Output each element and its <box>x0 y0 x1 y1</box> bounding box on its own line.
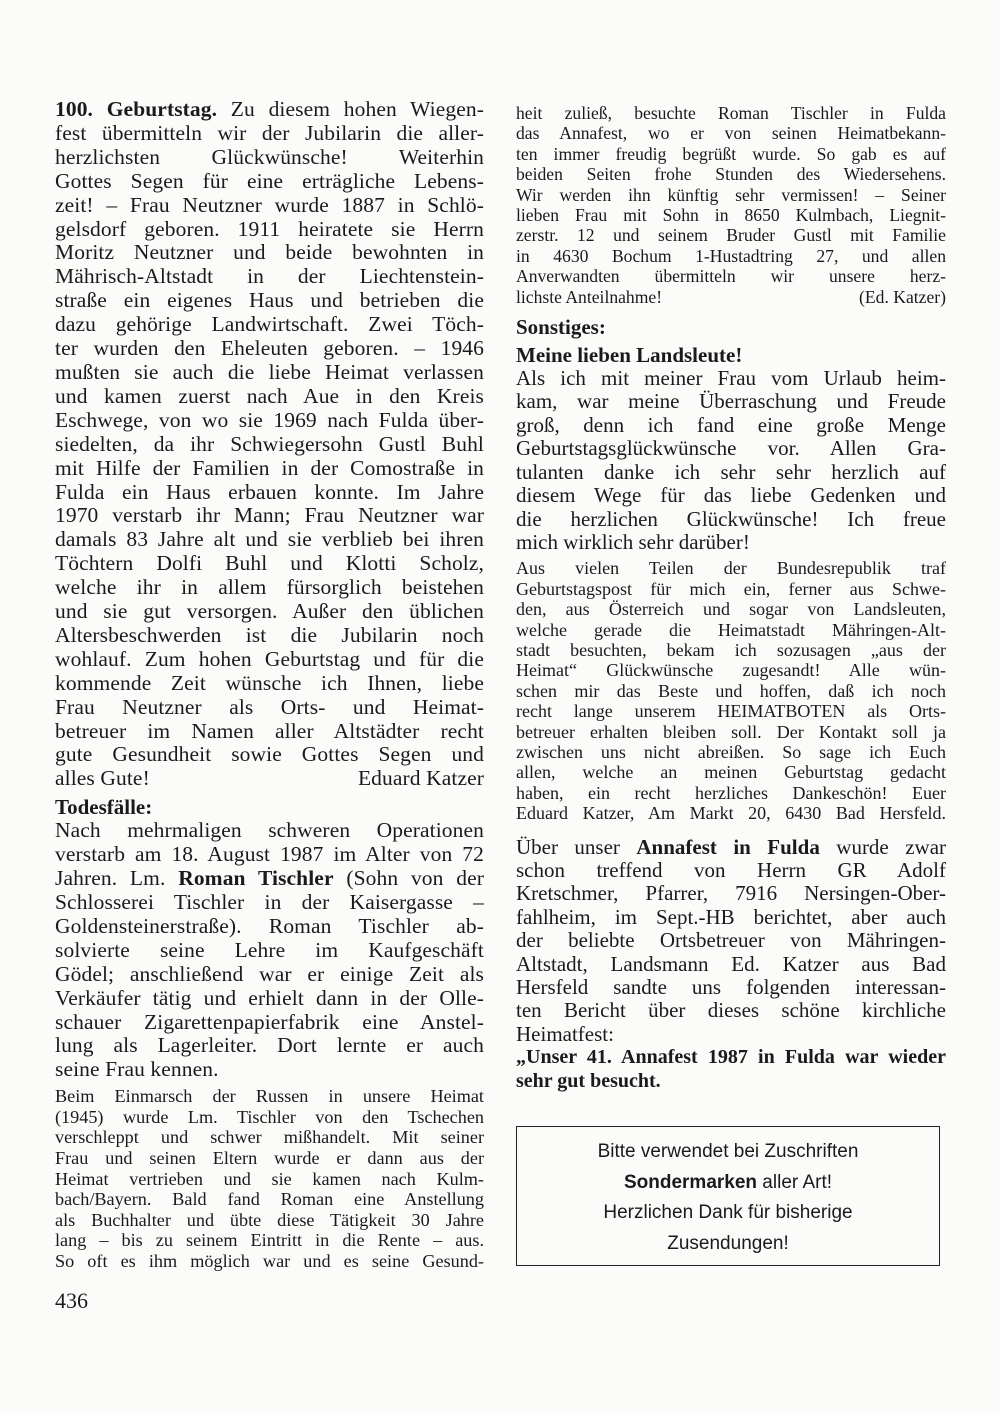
text-line: bach/Bayern. Bald fand Roman eine Anstel… <box>55 1189 484 1210</box>
text-line: Moritz Neutzner und beide bewohnten in <box>55 241 484 265</box>
text-line: mit Hilfe der Familien in der Comostraße… <box>55 457 484 481</box>
text-line: die herzlichen Glückwünsche! Ich freue <box>516 508 946 531</box>
thanks-letter-small: Aus vielen Teilen der Bundesrepublik tra… <box>516 558 946 823</box>
signature-line: lichste Anteilnahme! (Ed. Katzer) <box>516 287 946 307</box>
text-line: Altersbeschwerden ist die Jubilarin noch <box>55 624 484 648</box>
text-line: stadt besuchten, bekam ich sozusagen „au… <box>516 640 946 660</box>
misc-heading: Sonstiges: <box>516 315 946 339</box>
deaths-heading: Todesfälle: <box>55 795 484 819</box>
text-line: tulanten danke ich sehr sehr herzlich au… <box>516 461 946 484</box>
text-line: Altstadt, Landsmann Ed. Katzer aus Bad <box>516 953 946 976</box>
text-line: Wir werden ihn künftig sehr vermissen! –… <box>516 185 946 205</box>
text-line: zwischen uns nicht abreißen. So sage ich… <box>516 742 946 762</box>
annafest-section: Über unser Annafest in Fulda wurde zwar … <box>516 836 946 1093</box>
notice-line: Zusendungen! <box>517 1229 939 1260</box>
text-line: gelsdorf geboren. 1911 heiratete sie Her… <box>55 218 484 242</box>
right-column: heit zuließ, besuchte Roman Tischler in … <box>516 103 946 1093</box>
text-line: allen, welche an meinen Geburtstag gedac… <box>516 762 946 782</box>
quote-line: sehr gut besucht. <box>516 1070 946 1093</box>
text-line: Beim Einmarsch der Russen in unsere Heim… <box>55 1086 484 1107</box>
text-line: Mährisch-Altstadt in der Liechtenstein- <box>55 265 484 289</box>
text-line: fahlheim, im Sept.-HB berichtet, aber au… <box>516 906 946 929</box>
text-line: lung als Lagerleiter. Dort lernte er auc… <box>55 1034 484 1058</box>
text-line: fest übermitteln wir der Jubilarin die a… <box>55 122 484 146</box>
text-line: Kretschmer, Pfarrer, 7916 Nersingen-Ober… <box>516 882 946 905</box>
text-line: verschleppt und schwer mißhandelt. Mit s… <box>55 1127 484 1148</box>
text-line: Anverwandten übermitteln wir unsere herz… <box>516 266 946 286</box>
text-line: herzlichsten Glückwünsche! Weiterhin <box>55 146 484 170</box>
text-line: Geburtstagsglückwünsche vor. Allen Gra- <box>516 437 946 460</box>
text-line: lang – bis zu seinem Eintritt in die Ren… <box>55 1230 484 1251</box>
notice-line: Sondermarken aller Art! <box>517 1168 939 1199</box>
text-line: Heimat vertrieben und sie kamen nach Kul… <box>55 1169 484 1190</box>
text-line: betreuer im Namen aller Altstädter recht <box>55 720 484 744</box>
text-line: beiden Seiten frohe Stunden des Wiederse… <box>516 164 946 184</box>
signature-line: alles Gute! Eduard Katzer <box>55 767 484 791</box>
page-number: 436 <box>55 1288 88 1314</box>
text-line: kam, war meine Überraschung und Freude <box>516 390 946 413</box>
text-line: haben, ein recht herzliches Dankeschön! … <box>516 783 946 803</box>
text-line: Heimatfest: <box>516 1023 946 1046</box>
text-line: und sie gut versorgen. Außer den übliche… <box>55 600 484 624</box>
text-line: solvierte seine Lehre im Kaufgeschäft <box>55 939 484 963</box>
text-line: Eduard Katzer, Am Markt 20, 6430 Bad Her… <box>516 803 946 823</box>
text-line: Frau und seinen Eltern wurde er dann aus… <box>55 1148 484 1169</box>
text-line: Heimat“ Glückwünsche zugesandt! Alle wün… <box>516 660 946 680</box>
text-line: zeit! – Frau Neutzner wurde 1887 in Schl… <box>55 194 484 218</box>
text-line: Eschwege, von wo sie 1969 nach Fulda übe… <box>55 409 484 433</box>
text-line: Aus vielen Teilen der Bundesrepublik tra… <box>516 558 946 578</box>
signature: Eduard Katzer <box>358 767 484 791</box>
text-line: und kamen zuerst nach Aue in den Kreis <box>55 385 484 409</box>
notice-emphasis: Sondermarken <box>624 1172 757 1193</box>
text-line: 100. Geburtstag. Zu diesem hohen Wiegen- <box>55 98 484 122</box>
notice-line: Herzlichen Dank für bisherige <box>517 1198 939 1229</box>
text-line: Gödel; anschließend war er einige Zeit a… <box>55 963 484 987</box>
text-line: Schlosserei Tischler in der Kaisergasse … <box>55 891 484 915</box>
text-line: betreuer erhalten bleiben soll. Der Kont… <box>516 722 946 742</box>
text-line: siedelten, da ihr Schwiegersohn Gustl Bu… <box>55 433 484 457</box>
birthday-heading: 100. Geburtstag. <box>55 98 217 121</box>
text-line: ten immer freudig begrüßt wurde. So gab … <box>516 144 946 164</box>
thanks-letter: Als ich mit meiner Frau vom Urlaub heim-… <box>516 367 946 554</box>
text-line: als Buchhalter und übte diese Tätigkeit … <box>55 1210 484 1231</box>
text-line: mich wirklich sehr darüber! <box>516 531 946 554</box>
text-line: wohlauf. Zum hohen Geburtstag und für di… <box>55 648 484 672</box>
deaths-section-small: Beim Einmarsch der Russen in unsere Heim… <box>55 1086 484 1271</box>
text-line: Hersfeld sandte uns folgenden interessan… <box>516 976 946 999</box>
obituary-continued: heit zuließ, besuchte Roman Tischler in … <box>516 103 946 307</box>
text-line: verstarb am 18. August 1987 im Alter von… <box>55 843 484 867</box>
text-line: heit zuließ, besuchte Roman Tischler in … <box>516 103 946 123</box>
text-line: dazu gehörige Landwirtschaft. Zwei Töch- <box>55 313 484 337</box>
text-line: Fulda ein Haus erbauen konnte. Im Jahre <box>55 481 484 505</box>
text-line: seine Frau kennen. <box>55 1058 484 1082</box>
text-line: (1945) wurde Lm. Tischler von den Tschec… <box>55 1107 484 1128</box>
text-line: Jahren. Lm. Roman Tischler (Sohn von der <box>55 867 484 891</box>
text-line: ten Bericht über dieses schöne kirchlich… <box>516 999 946 1022</box>
text-line: das Annafest, wo er von seinen Heimatbek… <box>516 123 946 143</box>
text-line: lieben Frau mit Sohn in 8650 Kulmbach, L… <box>516 205 946 225</box>
text-line: ter wurden den Eheleuten geboren. – 1946 <box>55 337 484 361</box>
deaths-section: Nach mehrmaligen schweren Operationen ve… <box>55 819 484 1082</box>
greeting-heading: Meine lieben Landsleute! <box>516 343 946 367</box>
text-line: welche gerade die Heimatstadt Mähringen-… <box>516 620 946 640</box>
text-line: Goldensteinerstraße). Roman Tischler ab- <box>55 915 484 939</box>
text-line: in 4630 Bochum 1-Hustadtring 27, und all… <box>516 246 946 266</box>
text-line: den, aus Österreich und sogar von Landsl… <box>516 599 946 619</box>
text-line: der beliebte Ortsbetreuer von Mähringen- <box>516 929 946 952</box>
birthday-section: 100. Geburtstag. Zu diesem hohen Wiegen-… <box>55 98 484 791</box>
text-line: Gottes Segen für eine erträgliche Lebens… <box>55 170 484 194</box>
text-line: groß, denn ich fand eine große Menge <box>516 414 946 437</box>
deceased-name: Roman Tischler <box>178 867 333 890</box>
notice-box: Bitte verwendet bei Zuschriften Sonderma… <box>516 1126 940 1266</box>
text-line: schauer Zigarettenpapierfabrik eine Anst… <box>55 1011 484 1035</box>
text-line: Töchtern Dolfi Buhl und Klotti Scholz, <box>55 552 484 576</box>
text-line: mußten sie auch die liebe Heimat verlass… <box>55 361 484 385</box>
text-line: Frau Neutzner als Orts- und Heimat- <box>55 696 484 720</box>
text-line: So oft es ihm möglich war und es seine G… <box>55 1251 484 1272</box>
annafest-title: Annafest in Fulda <box>636 836 819 859</box>
text-line: Über unser Annafest in Fulda wurde zwar <box>516 836 946 859</box>
closing-text: lichste Anteilnahme! <box>516 287 662 307</box>
text-line: 1970 verstarb ihr Mann; Frau Neutzner wa… <box>55 504 484 528</box>
text-line: diesem Wege für das liebe Gedenken und <box>516 484 946 507</box>
text-line: schen mir das Beste und hoffen, daß ich … <box>516 681 946 701</box>
text-line: kommende Zeit wünsche ich Ihnen, liebe <box>55 672 484 696</box>
quote-line: „Unser 41. Annafest 1987 in Fulda war wi… <box>516 1046 946 1069</box>
text-line: straße ein eigenes Haus und betrieben di… <box>55 289 484 313</box>
left-column: 100. Geburtstag. Zu diesem hohen Wiegen-… <box>55 98 484 1272</box>
text-line: recht lange unserem HEIMATBOTEN als Orts… <box>516 701 946 721</box>
text-line: Nach mehrmaligen schweren Operationen <box>55 819 484 843</box>
text-line: gute Gesundheit sowie Gottes Segen und <box>55 743 484 767</box>
text-line: damals 83 Jahre alt und sie verblieb bei… <box>55 528 484 552</box>
text-line: zerstr. 12 und seinem Bruder Gustl mit F… <box>516 225 946 245</box>
text-line: Verkäufer tätig und erhielt dann in der … <box>55 987 484 1011</box>
signature: (Ed. Katzer) <box>859 287 946 307</box>
text-line: Als ich mit meiner Frau vom Urlaub heim- <box>516 367 946 390</box>
text-line: welche ihr in allem fürsorglich beistehe… <box>55 576 484 600</box>
text-line: Geburtstagspost für mich ein, ferner aus… <box>516 579 946 599</box>
closing-text: alles Gute! <box>55 767 150 791</box>
text-line: schon treffend von Herrn GR Adolf <box>516 859 946 882</box>
notice-line: Bitte verwendet bei Zuschriften <box>517 1137 939 1168</box>
